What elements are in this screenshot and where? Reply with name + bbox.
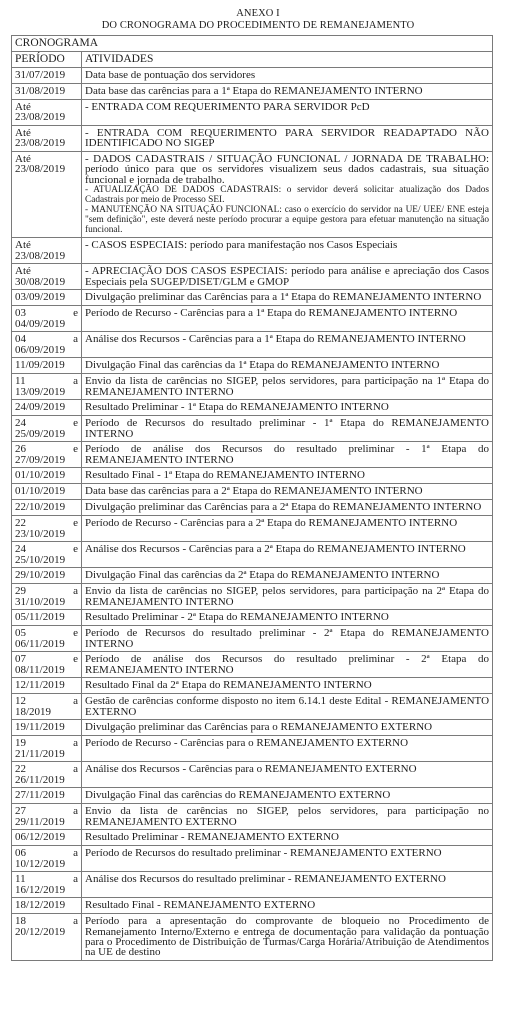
period-cell: 24e25/10/2019	[12, 542, 82, 568]
period-cell: 03e04/09/2019	[12, 306, 82, 332]
period-conjunction: e	[73, 444, 78, 454]
activity-cell: Período de Recurso - Carências para a 2ª…	[82, 516, 493, 542]
activity-text: Envio da lista de carências no SIGEP, pe…	[85, 805, 489, 827]
table-row: Até23/08/2019- ENTRADA COM REQUERIMENTO …	[12, 126, 493, 152]
period-end: 27/09/2019	[15, 455, 78, 465]
schedule-title: DO CRONOGRAMA DO PROCEDIMENTO DE REMANEJ…	[0, 20, 516, 32]
activity-text: Divulgação Final das carências da 1ª Eta…	[85, 359, 439, 371]
period-cell: 19a21/11/2019	[12, 736, 82, 762]
activity-text: Período de Recurso - Carências para a 1ª…	[85, 307, 457, 319]
activity-cell: Resultado Preliminar - REMANEJAMENTO EXT…	[82, 830, 493, 846]
period-cell: Até23/08/2019	[12, 100, 82, 126]
document-header: ANEXO I DO CRONOGRAMA DO PROCEDIMENTO DE…	[0, 0, 516, 32]
period-end: 20/12/2019	[15, 927, 78, 937]
activity-text: Data base das carências para a 2ª Etapa …	[85, 485, 423, 497]
period-date: 01/10/2019	[15, 469, 65, 481]
period-date: 31/08/2019	[15, 85, 65, 97]
activity-text: Data base das carências para a 1ª Etapa …	[85, 85, 423, 97]
activity-cell: Período de Recursos do resultado prelimi…	[82, 846, 493, 872]
period-end: 23/08/2019	[15, 138, 78, 148]
activity-cell: Período de Recurso - Carências para o RE…	[82, 736, 493, 762]
activity-cell: Resultado Final da 2ª Etapa do REMANEJAM…	[82, 678, 493, 694]
table-row: 05/11/2019Resultado Preliminar - 2ª Etap…	[12, 610, 493, 626]
activity-text: - ENTRADA COM REQUERIMENTO PARA SERVIDOR…	[85, 127, 489, 149]
period-date: 01/10/2019	[15, 485, 65, 497]
period-cell: 24/09/2019	[12, 400, 82, 416]
period-end: 23/08/2019	[15, 164, 78, 174]
period-cell: 05e06/11/2019	[12, 626, 82, 652]
period-conjunction: e	[73, 308, 78, 318]
activity-cell: - APRECIAÇÃO DOS CASOS ESPECIAIS: períod…	[82, 264, 493, 290]
period-end: 30/08/2019	[15, 277, 78, 287]
period-cell: 29/10/2019	[12, 568, 82, 584]
period-conjunction: e	[73, 628, 78, 638]
period-end: 29/11/2019	[15, 817, 78, 827]
period-cell: 18a20/12/2019	[12, 914, 82, 961]
annex-title: ANEXO I	[0, 8, 516, 20]
period-conjunction: a	[73, 696, 78, 706]
period-date: 19/11/2019	[15, 721, 65, 733]
activity-cell: Análise dos Recursos - Carências para a …	[82, 332, 493, 358]
period-date: 03/09/2019	[15, 291, 65, 303]
period-end: 06/09/2019	[15, 345, 78, 355]
activity-text: Resultado Final - 1ª Etapa do REMANEJAME…	[85, 469, 365, 481]
table-row: 24/09/2019Resultado Preliminar - 1ª Etap…	[12, 400, 493, 416]
period-end: 31/10/2019	[15, 597, 78, 607]
table-row: 24e25/09/2019Período de Recursos do resu…	[12, 416, 493, 442]
table-row: 24e25/10/2019Análise dos Recursos - Carê…	[12, 542, 493, 568]
table-row: 03/09/2019Divulgação preliminar das Carê…	[12, 290, 493, 306]
period-date: 12/11/2019	[15, 679, 65, 691]
table-row: 07e08/11/2019Período de análise dos Recu…	[12, 652, 493, 678]
activity-cell: Data base de pontuação dos servidores	[82, 68, 493, 84]
activity-cell: - ENTRADA COM REQUERIMENTO PARA SERVIDOR…	[82, 126, 493, 152]
table-row: 26e27/09/2019Período de análise dos Recu…	[12, 442, 493, 468]
period-end: 06/11/2019	[15, 639, 78, 649]
table-row: 29/10/2019Divulgação Final das carências…	[12, 568, 493, 584]
period-cell: 11a16/12/2019	[12, 872, 82, 898]
period-end: 04/09/2019	[15, 319, 78, 329]
activity-text: Período de análise dos Recursos do resul…	[85, 443, 489, 465]
period-conjunction: a	[73, 848, 78, 858]
activity-text: Divulgação preliminar das Carências para…	[85, 501, 481, 513]
activity-text: Resultado Preliminar - 2ª Etapa do REMAN…	[85, 611, 389, 623]
period-end: 23/08/2019	[15, 251, 78, 261]
table-row: Até30/08/2019- APRECIAÇÃO DOS CASOS ESPE…	[12, 264, 493, 290]
table-row: 27/11/2019Divulgação Final das carências…	[12, 788, 493, 804]
period-end: 21/11/2019	[15, 749, 78, 759]
header-row: PERÍODO ATIVIDADES	[12, 52, 493, 68]
activity-cell: Período de análise dos Recursos do resul…	[82, 442, 493, 468]
table-row: 29a31/10/2019Envio da lista de carências…	[12, 584, 493, 610]
activity-text: Divulgação preliminar das Carências para…	[85, 721, 432, 733]
activity-text: Período de Recursos do resultado prelimi…	[85, 627, 489, 649]
activity-cell: Período de Recursos do resultado prelimi…	[82, 626, 493, 652]
activity-text: Envio da lista de carências no SIGEP, pe…	[85, 585, 489, 607]
activity-cell: - CASOS ESPECIAIS: período para manifest…	[82, 238, 493, 264]
activity-cell: Período de análise dos Recursos do resul…	[82, 652, 493, 678]
period-cell: 22a26/11/2019	[12, 762, 82, 788]
period-cell: 22/10/2019	[12, 500, 82, 516]
period-conjunction: e	[73, 654, 78, 664]
activity-cell: Gestão de carências conforme disposto no…	[82, 694, 493, 720]
period-cell: 11a13/09/2019	[12, 374, 82, 400]
activity-text: Análise dos Recursos do resultado prelim…	[85, 873, 446, 885]
table-row: 18/12/2019Resultado Final - REMANEJAMENT…	[12, 898, 493, 914]
period-cell: 05/11/2019	[12, 610, 82, 626]
activity-cell: - ENTRADA COM REQUERIMENTO PARA SERVIDOR…	[82, 100, 493, 126]
activity-text: - DADOS CADASTRAIS / SITUAÇÃO FUNCIONAL …	[85, 153, 489, 186]
period-cell: 04a06/09/2019	[12, 332, 82, 358]
table-row: 11a16/12/2019Análise dos Recursos do res…	[12, 872, 493, 898]
period-date: 05/11/2019	[15, 611, 65, 623]
activity-text: Período de Recurso - Carências para a 2ª…	[85, 517, 457, 529]
period-cell: Até23/08/2019	[12, 126, 82, 152]
table-row: 22/10/2019Divulgação preliminar das Carê…	[12, 500, 493, 516]
activity-cell: Envio da lista de carências no SIGEP, pe…	[82, 804, 493, 830]
column-header-activities: ATIVIDADES	[82, 52, 493, 68]
column-header-period: PERÍODO	[12, 52, 82, 68]
period-date: 06/12/2019	[15, 831, 65, 843]
activity-cell: Data base das carências para a 1ª Etapa …	[82, 84, 493, 100]
activity-note: - ATUALIZAÇÃO DE DADOS CADASTRAIS: o ser…	[85, 185, 489, 205]
activity-text: Análise dos Recursos - Carências para o …	[85, 763, 417, 775]
period-end: 16/12/2019	[15, 885, 78, 895]
activity-text: Análise dos Recursos - Carências para a …	[85, 543, 466, 555]
table-row: 27a29/11/2019Envio da lista de carências…	[12, 804, 493, 830]
period-conjunction: a	[73, 738, 78, 748]
activity-text: - APRECIAÇÃO DOS CASOS ESPECIAIS: períod…	[85, 265, 489, 287]
activity-text: Resultado Preliminar - REMANEJAMENTO EXT…	[85, 831, 339, 843]
period-end: 23/08/2019	[15, 112, 78, 122]
period-cell: Até30/08/2019	[12, 264, 82, 290]
period-cell: 29a31/10/2019	[12, 584, 82, 610]
period-cell: 12a18/2019	[12, 694, 82, 720]
period-cell: 19/11/2019	[12, 720, 82, 736]
period-date: 31/07/2019	[15, 69, 65, 81]
activity-cell: Data base das carências para a 2ª Etapa …	[82, 484, 493, 500]
activity-text: Envio da lista de carências no SIGEP, pe…	[85, 375, 489, 397]
activity-cell: Resultado Preliminar - 1ª Etapa do REMAN…	[82, 400, 493, 416]
period-conjunction: a	[73, 586, 78, 596]
activity-cell: - DADOS CADASTRAIS / SITUAÇÃO FUNCIONAL …	[82, 152, 493, 238]
period-date: 22/10/2019	[15, 501, 65, 513]
period-cell: 31/07/2019	[12, 68, 82, 84]
table-row: 31/08/2019Data base das carências para a…	[12, 84, 493, 100]
period-end: 18/2019	[15, 707, 78, 717]
table-row: 22a26/11/2019Análise dos Recursos - Carê…	[12, 762, 493, 788]
period-end: 25/09/2019	[15, 429, 78, 439]
table-row: 11a13/09/2019Envio da lista de carências…	[12, 374, 493, 400]
table-row: 04a06/09/2019Análise dos Recursos - Carê…	[12, 332, 493, 358]
table-row: 01/10/2019Resultado Final - 1ª Etapa do …	[12, 468, 493, 484]
table-row: 06a10/12/2019Período de Recursos do resu…	[12, 846, 493, 872]
period-cell: 12/11/2019	[12, 678, 82, 694]
period-cell: 07e08/11/2019	[12, 652, 82, 678]
table-row: 19/11/2019Divulgação preliminar das Carê…	[12, 720, 493, 736]
period-end: 13/09/2019	[15, 387, 78, 397]
period-date: 27/11/2019	[15, 789, 65, 801]
table-row: 31/07/2019Data base de pontuação dos ser…	[12, 68, 493, 84]
period-cell: 22e23/10/2019	[12, 516, 82, 542]
activity-text: Resultado Preliminar - 1ª Etapa do REMAN…	[85, 401, 389, 413]
activity-text: Período de Recursos do resultado prelimi…	[85, 847, 442, 859]
activity-text: Divulgação Final das carências do REMANE…	[85, 789, 390, 801]
table-row: 01/10/2019Data base das carências para a…	[12, 484, 493, 500]
period-end: 25/10/2019	[15, 555, 78, 565]
activity-text: Resultado Final da 2ª Etapa do REMANEJAM…	[85, 679, 372, 691]
table-row: 12a18/2019Gestão de carências conforme d…	[12, 694, 493, 720]
activity-cell: Análise dos Recursos do resultado prelim…	[82, 872, 493, 898]
period-end: 23/10/2019	[15, 529, 78, 539]
period-cell: 24e25/09/2019	[12, 416, 82, 442]
activity-cell: Período para a apresentação do comprovan…	[82, 914, 493, 961]
period-conjunction: a	[73, 334, 78, 344]
period-conjunction: e	[73, 544, 78, 554]
table-row: 12/11/2019Resultado Final da 2ª Etapa do…	[12, 678, 493, 694]
activity-text: Data base de pontuação dos servidores	[85, 69, 255, 81]
activity-text: Gestão de carências conforme disposto no…	[85, 695, 489, 717]
activity-text: - ENTRADA COM REQUERIMENTO PARA SERVIDOR…	[85, 101, 370, 113]
schedule-table: CRONOGRAMA PERÍODO ATIVIDADES 31/07/2019…	[11, 35, 493, 961]
activity-text: Período de Recurso - Carências para o RE…	[85, 737, 408, 749]
activity-cell: Divulgação preliminar das Carências para…	[82, 500, 493, 516]
period-conjunction: a	[73, 806, 78, 816]
activity-text: Período de Recursos do resultado prelimi…	[85, 417, 489, 439]
table-row: 03e04/09/2019Período de Recurso - Carênc…	[12, 306, 493, 332]
period-cell: Até23/08/2019	[12, 238, 82, 264]
activity-text: Divulgação Final das carências da 2ª Eta…	[85, 569, 439, 581]
activity-cell: Divulgação Final das carências do REMANE…	[82, 788, 493, 804]
period-end: 26/11/2019	[15, 775, 78, 785]
period-cell: 01/10/2019	[12, 468, 82, 484]
section-title-row: CRONOGRAMA	[12, 36, 493, 52]
section-title: CRONOGRAMA	[12, 36, 493, 52]
activity-cell: Resultado Final - REMANEJAMENTO EXTERNO	[82, 898, 493, 914]
period-cell: 01/10/2019	[12, 484, 82, 500]
period-end: 10/12/2019	[15, 859, 78, 869]
period-cell: 27/11/2019	[12, 788, 82, 804]
period-cell: 26e27/09/2019	[12, 442, 82, 468]
activity-text: Divulgação preliminar das Carências para…	[85, 291, 481, 303]
period-date: 18/12/2019	[15, 899, 65, 911]
table-row: 05e06/11/2019Período de Recursos do resu…	[12, 626, 493, 652]
period-cell: 31/08/2019	[12, 84, 82, 100]
activity-text: Resultado Final - REMANEJAMENTO EXTERNO	[85, 899, 315, 911]
period-cell: Até23/08/2019	[12, 152, 82, 238]
period-conjunction: e	[73, 418, 78, 428]
table-row: Até23/08/2019- CASOS ESPECIAIS: período …	[12, 238, 493, 264]
activity-cell: Análise dos Recursos - Carências para o …	[82, 762, 493, 788]
period-cell: 06a10/12/2019	[12, 846, 82, 872]
table-row: 19a21/11/2019Período de Recurso - Carênc…	[12, 736, 493, 762]
period-cell: 03/09/2019	[12, 290, 82, 306]
activity-cell: Divulgação preliminar das Carências para…	[82, 720, 493, 736]
period-conjunction: a	[73, 916, 78, 926]
period-end: 08/11/2019	[15, 665, 78, 675]
period-date: 24/09/2019	[15, 401, 65, 413]
activity-cell: Análise dos Recursos - Carências para a …	[82, 542, 493, 568]
activity-note: - MANUTENÇÃO NA SITUAÇÃO FUNCIONAL: caso…	[85, 205, 489, 235]
activity-cell: Envio da lista de carências no SIGEP, pe…	[82, 584, 493, 610]
table-row: Até23/08/2019- ENTRADA COM REQUERIMENTO …	[12, 100, 493, 126]
activity-text: - CASOS ESPECIAIS: período para manifest…	[85, 239, 397, 251]
period-conjunction: e	[73, 518, 78, 528]
period-cell: 27a29/11/2019	[12, 804, 82, 830]
table-row: Até23/08/2019- DADOS CADASTRAIS / SITUAÇ…	[12, 152, 493, 238]
activity-cell: Período de Recurso - Carências para a 1ª…	[82, 306, 493, 332]
activity-cell: Período de Recursos do resultado prelimi…	[82, 416, 493, 442]
table-row: 18a20/12/2019Período para a apresentação…	[12, 914, 493, 961]
period-cell: 06/12/2019	[12, 830, 82, 846]
table-row: 06/12/2019Resultado Preliminar - REMANEJ…	[12, 830, 493, 846]
activity-cell: Resultado Final - 1ª Etapa do REMANEJAME…	[82, 468, 493, 484]
period-conjunction: a	[73, 874, 78, 884]
period-conjunction: a	[73, 764, 78, 774]
period-conjunction: a	[73, 376, 78, 386]
activity-text: Período para a apresentação do comprovan…	[85, 915, 489, 958]
period-cell: 18/12/2019	[12, 898, 82, 914]
activity-cell: Divulgação Final das carências da 2ª Eta…	[82, 568, 493, 584]
activity-cell: Divulgação preliminar das Carências para…	[82, 290, 493, 306]
activity-cell: Envio da lista de carências no SIGEP, pe…	[82, 374, 493, 400]
period-cell: 11/09/2019	[12, 358, 82, 374]
activity-text: Análise dos Recursos - Carências para a …	[85, 333, 466, 345]
activity-cell: Resultado Preliminar - 2ª Etapa do REMAN…	[82, 610, 493, 626]
period-date: 29/10/2019	[15, 569, 65, 581]
activity-cell: Divulgação Final das carências da 1ª Eta…	[82, 358, 493, 374]
table-row: 22e23/10/2019Período de Recurso - Carênc…	[12, 516, 493, 542]
table-row: 11/09/2019Divulgação Final das carências…	[12, 358, 493, 374]
period-date: 11/09/2019	[15, 359, 65, 371]
activity-text: Período de análise dos Recursos do resul…	[85, 653, 489, 675]
